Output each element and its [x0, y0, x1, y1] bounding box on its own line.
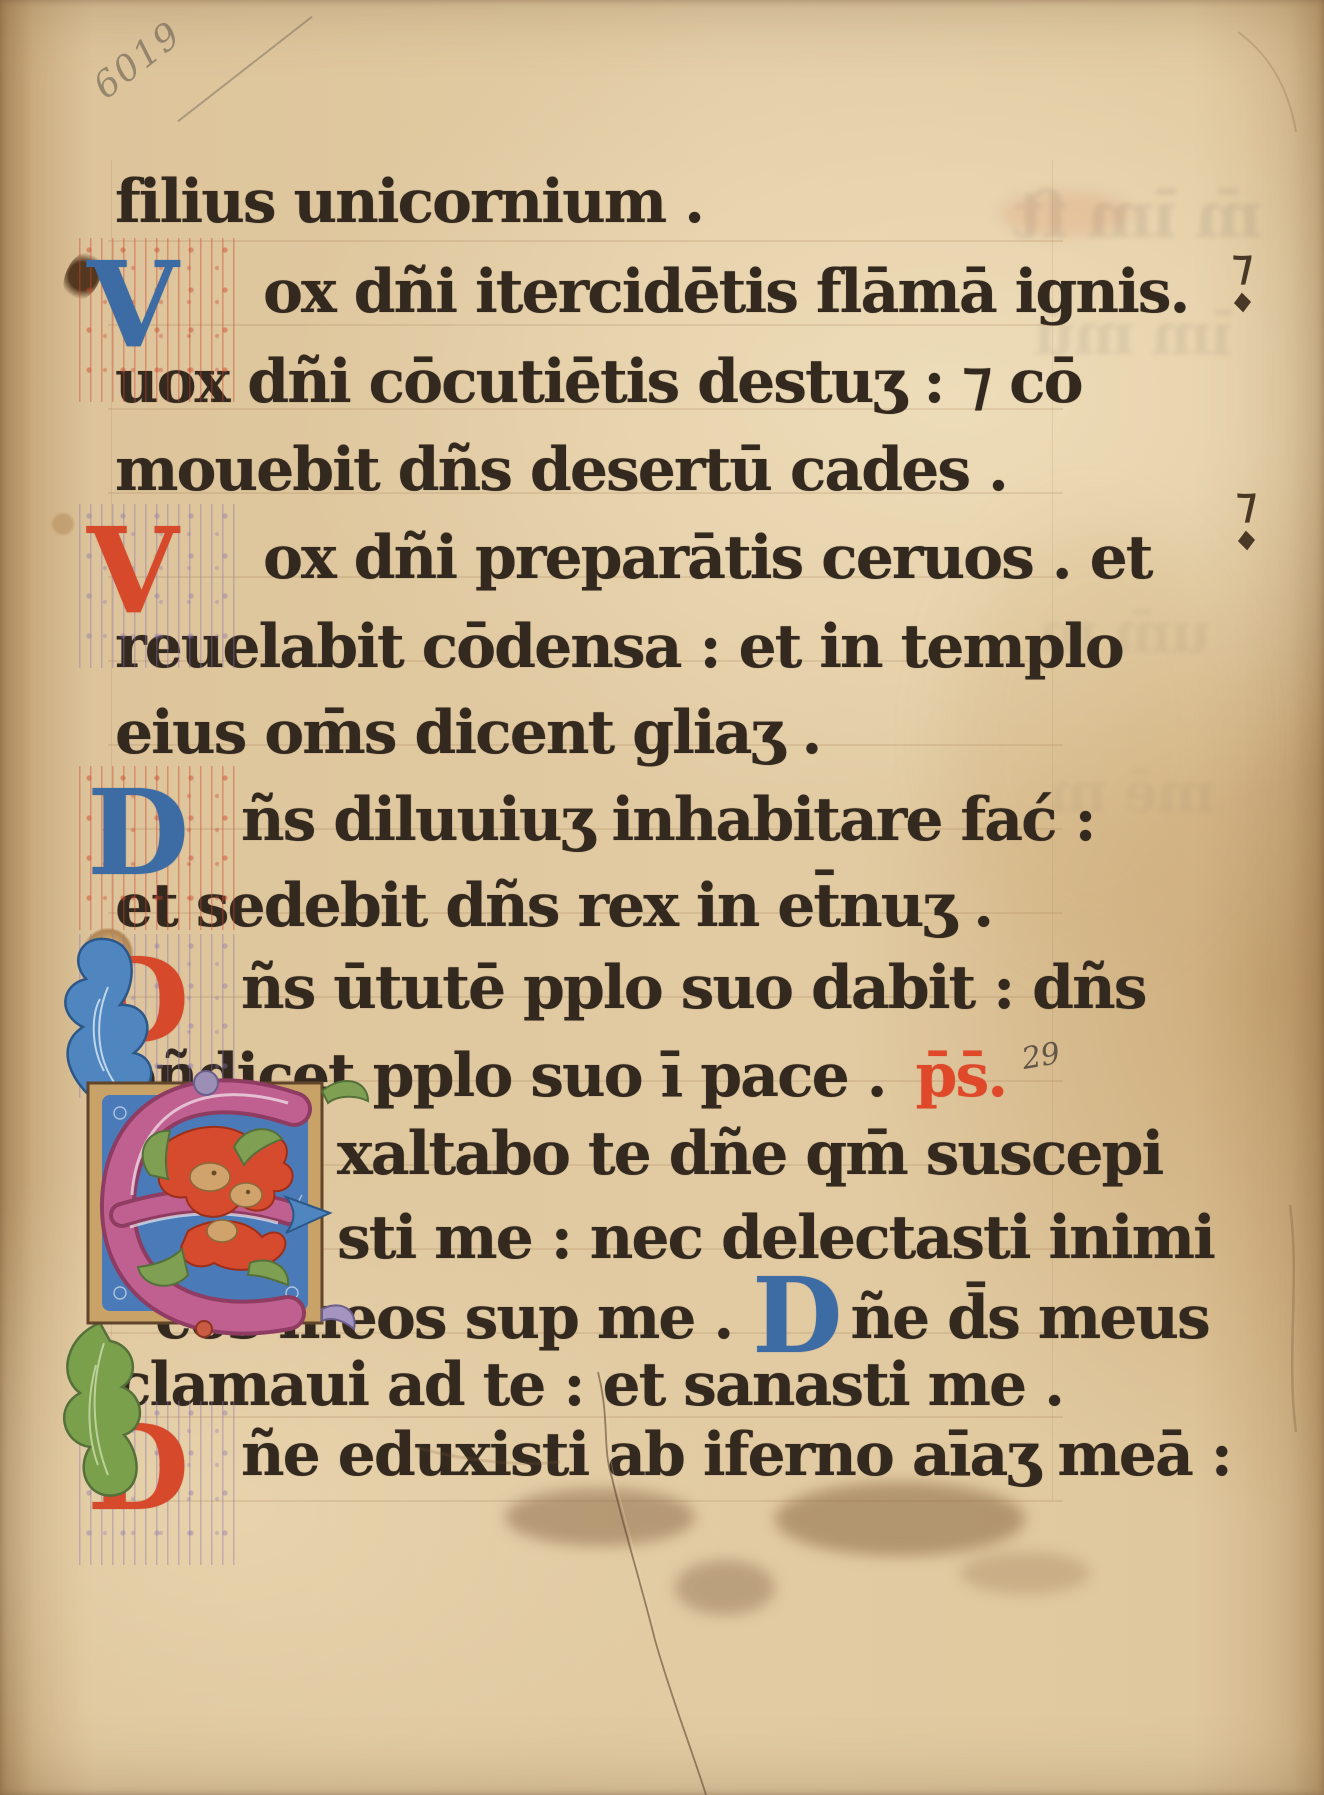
body-text: eius om̄s dicent gliaʒ . [115, 698, 820, 768]
body-text: ox dñi itercidētis flāmā ignis. [263, 257, 1188, 327]
stain-blotch [675, 1560, 775, 1615]
manuscript-leaf: m̄ īm ſtīm mūum̄ mmē m 6019 filius unico… [0, 0, 1324, 1795]
stain-blotch [960, 1552, 1090, 1594]
body-text: mouebit dñs desertū cades . [115, 435, 1007, 505]
stain-spot [50, 512, 76, 536]
body-text: ñe d̄s meus [850, 1283, 1208, 1353]
versal-initial-blue: V [87, 246, 177, 364]
body-text: xaltabo te dñe qm̄ suscepi [337, 1119, 1162, 1189]
edge-crease [1290, 1205, 1296, 1432]
pigment-smudge [1000, 192, 1130, 236]
text-line-3: uox dñi cōcutiētis destuʒ : ⁊ cō [115, 352, 1082, 412]
corner-crease [1238, 32, 1296, 132]
stain-blotch [775, 1482, 1025, 1556]
tironian-margin-mark: ⁊ [1236, 482, 1257, 547]
body-text: ox dñi preparātis ceruos . et [263, 523, 1151, 593]
versal-initial-blue: D [87, 774, 187, 892]
lilac-knob [194, 1071, 218, 1095]
text-line-4: mouebit dñs desertū cades . [115, 440, 1007, 500]
body-text: uox dñi cōcutiētis destuʒ : ⁊ cō [115, 347, 1082, 417]
text-line-8: Dñs diluuiuʒ inhabitare fać : [115, 790, 1095, 850]
psalm-rubric: p̄s̄. [916, 1041, 1007, 1111]
text-line-7: eius om̄s dicent gliaʒ . [115, 703, 820, 763]
illuminated-initial-E [38, 895, 438, 1535]
tironian-margin-mark: ⁊ [1232, 244, 1253, 309]
text-line-2: Vox dñi itercidētis flāmā ignis. [115, 262, 1188, 322]
diamond-point [1234, 293, 1251, 313]
psalm-number-annotation: 29 [1020, 1039, 1063, 1075]
body-text: filius unicornium . [115, 167, 703, 237]
pencil-flourish [177, 16, 312, 122]
versal-initial-red: V [87, 512, 177, 630]
text-line-1: filius unicornium . [115, 172, 703, 232]
body-text: ñs diluuiuʒ inhabitare fać : [241, 785, 1095, 855]
diamond-point [1238, 531, 1255, 551]
stain-blotch [505, 1488, 695, 1546]
body-text: reuelabit cōdensa : et in templo [115, 612, 1123, 682]
tironian-et-glyph: ⁊ [1236, 478, 1257, 527]
text-line-6: reuelabit cōdensa : et in templo [115, 617, 1123, 677]
tironian-et-glyph: ⁊ [1232, 240, 1253, 289]
pencil-shelfmark: 6019 [86, 14, 190, 108]
text-line-5: Vox dñi preparātis ceruos . et [115, 528, 1151, 588]
